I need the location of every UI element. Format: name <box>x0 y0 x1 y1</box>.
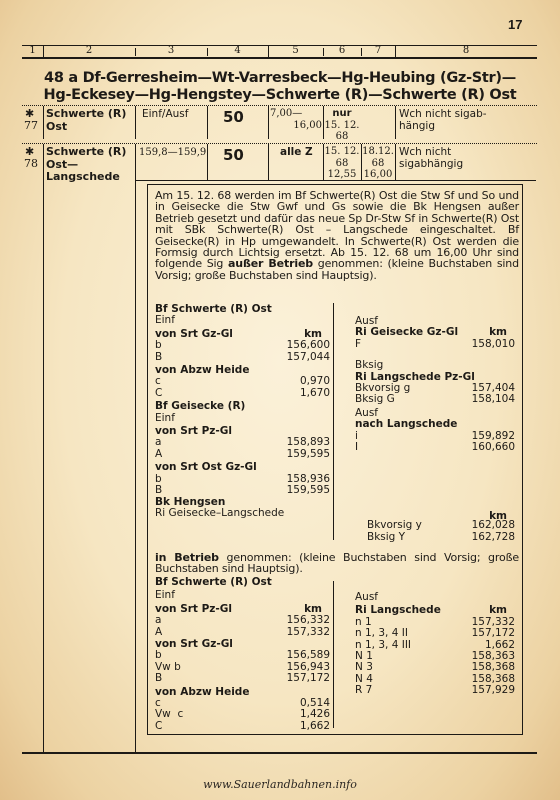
from-cell: nur 15. 12. 68 <box>323 108 361 143</box>
column-divider <box>268 144 269 180</box>
column-divider <box>395 106 396 139</box>
speed-cell: 50 <box>223 108 244 126</box>
row-number: 77 <box>24 119 38 132</box>
note-intro: Am 15. 12. 68 werden im Bf Schwerte(R) O… <box>155 190 519 281</box>
out-of-service-right: Ausf Ri Geisecke Gz-Glkm F158,010 Bksig … <box>355 316 515 453</box>
column-divider <box>135 106 136 139</box>
column-divider <box>43 106 44 139</box>
asterisk-marker-icon: ✱ <box>25 146 34 157</box>
speed-cell: 50 <box>223 146 244 164</box>
column-divider <box>207 106 208 139</box>
header-divider <box>323 48 324 56</box>
until-cell: 18.12. 68 16,00 <box>361 146 395 181</box>
remark-cell: Wch nicht sigab- hängig <box>399 108 487 132</box>
section-title: 48 a Df-Gerresheim—Wt-Varresbeck—Hg-Heub… <box>0 70 560 104</box>
header-divider <box>135 48 136 56</box>
note-column-divider <box>333 581 334 728</box>
remark-cell: Wch nicht sigabhängig <box>399 146 463 170</box>
column-divider <box>43 144 44 753</box>
column-divider <box>395 144 396 180</box>
note-column-divider <box>333 303 334 540</box>
row-underline <box>136 180 536 181</box>
out-of-service-left: Bf Schwerte (R) Ost Einf von Srt Gz-Glkm… <box>155 304 330 519</box>
page-number: 17 <box>508 17 522 32</box>
header-divider <box>207 48 208 56</box>
header-rule-bottom <box>22 57 537 59</box>
in-service-left: Bf Schwerte (R) Ost Einf von Srt Pz-Glkm… <box>155 577 330 732</box>
section-cell: Einf/Ausf <box>142 108 188 120</box>
column-divider <box>135 144 136 753</box>
row-separator <box>22 105 537 106</box>
header-divider <box>268 46 269 57</box>
column-header-1: 1 <box>22 45 43 57</box>
in-service-intro: in Betrieb genommen: (kleine Buchstaben … <box>155 552 519 575</box>
column-divider <box>207 144 208 180</box>
section-title-line1: 48 a Df-Gerresheim—Wt-Varresbeck—Hg-Heub… <box>0 70 560 87</box>
header-divider <box>395 46 396 57</box>
header-divider <box>43 46 44 57</box>
column-header-2: 2 <box>43 45 135 57</box>
column-header-3: 3 <box>135 45 207 57</box>
header-divider <box>361 48 362 56</box>
time-cell: alle Z <box>280 146 313 158</box>
location-cell: Schwerte (R) Ost— Langschede <box>46 146 126 184</box>
column-header-5: 5 <box>268 45 323 57</box>
from-cell: 15. 12. 68 12,55 <box>323 146 361 181</box>
section-title-line2: Hg-Eckesey—Hg-Hengstey—Schwerte (R)—Schw… <box>0 87 560 104</box>
column-header-8: 8 <box>395 45 537 57</box>
asterisk-marker-icon: ✱ <box>25 108 34 119</box>
section-cell: 159,8—159,9 <box>139 147 206 159</box>
table-bottom-rule <box>22 752 537 754</box>
bk-hengsen-signals: km Bkvorsig y162,028 Bksig Y162,728 <box>355 511 515 543</box>
row-number: 78 <box>24 157 38 170</box>
column-header-7: 7 <box>361 45 395 57</box>
time-cell: 7,00— 16,00 <box>270 108 322 131</box>
location-cell: Schwerte (R) Ost <box>46 108 126 133</box>
row-separator <box>22 143 537 144</box>
in-service-right: Ausf Ri Langschedekm n 1157,332 n 1, 3, … <box>355 592 515 697</box>
column-header-6: 6 <box>323 45 361 57</box>
footer-website: www.Sauerlandbahnen.info <box>0 778 560 791</box>
column-divider <box>268 106 269 139</box>
column-header-4: 4 <box>207 45 268 57</box>
